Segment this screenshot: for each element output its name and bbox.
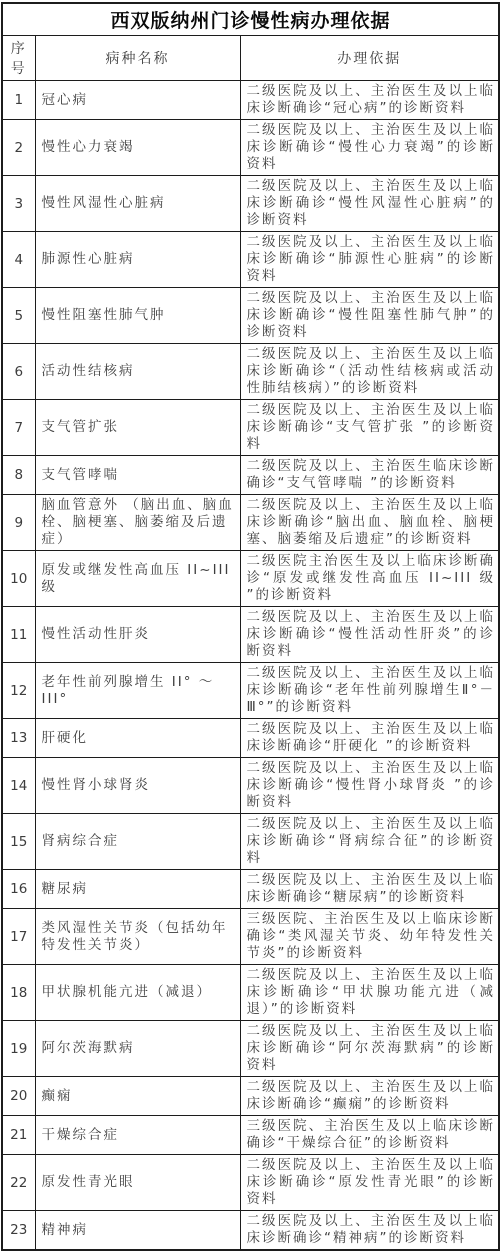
table-row: 10原发或继发性高血压 II~III 级二级医院主治医生及以上临床诊断确诊“原发… xyxy=(2,551,499,607)
title-row: 西双版纳州门诊慢性病办理依据 xyxy=(2,3,499,36)
table-row: 5慢性阻塞性肺气肿二级医院及以上、主治医生及以上临床诊断确诊“慢性阻塞性肺气肿”… xyxy=(2,288,499,344)
disease-name-cell: 慢性风湿性心脏病 xyxy=(35,176,240,232)
basis-cell: 二级医院及以上、主治医生临床诊断确诊“支气管哮喘 ”的诊断资料 xyxy=(240,456,499,495)
basis-cell: 二级医院及以上、主治医生及以上临床诊断确诊“肾病综合征”的诊断资料 xyxy=(240,814,499,870)
table-row: 11慢性活动性肝炎二级医院及以上、主治医生及以上临床诊断确诊“慢性活动性肝炎”的… xyxy=(2,607,499,663)
table-row: 6活动性结核病二级医院及以上、主治医生及以上临床诊断确诊“（活动性结核病或活动性… xyxy=(2,344,499,400)
basis-cell: 二级医院及以上、主治医生及以上临床诊断确诊“老年性前列腺增生Ⅱ°－Ⅲ°”的诊断资… xyxy=(240,663,499,719)
disease-name-cell: 干燥综合症 xyxy=(35,1116,240,1155)
table-row: 16糖尿病二级医院及以上、主治医生及以上临床诊断确诊“糖尿病”的诊断资料 xyxy=(2,870,499,909)
row-number-cell: 18 xyxy=(2,965,35,1021)
table-row: 8支气管哮喘二级医院及以上、主治医生临床诊断确诊“支气管哮喘 ”的诊断资料 xyxy=(2,456,499,495)
table-row: 18甲状腺机能亢进（减退）二级医院及以上、主治医生及以上临床诊断确诊“甲状腺功能… xyxy=(2,965,499,1021)
disease-name-cell: 支气管哮喘 xyxy=(35,456,240,495)
basis-cell: 二级医院及以上、主治医生及以上临床诊断确诊“精神病”的诊断资料 xyxy=(240,1211,499,1251)
basis-cell: 二级医院及以上、主治医生及以上临床诊断确诊“冠心病”的诊断资料 xyxy=(240,81,499,120)
row-number-cell: 1 xyxy=(2,81,35,120)
disease-name-cell: 慢性肾小球肾炎 xyxy=(35,758,240,814)
disease-name-cell: 老年性前列腺增生 II° ～ III° xyxy=(35,663,240,719)
table-row: 21干燥综合症三级医院、主治医生及以上临床诊断确诊“干燥综合征”的诊断资料 xyxy=(2,1116,499,1155)
row-number-cell: 11 xyxy=(2,607,35,663)
table-row: 7支气管扩张二级医院及以上、主治医生及以上临床诊断确诊“支气管扩张 ”的诊断资料 xyxy=(2,400,499,456)
table-row: 3慢性风湿性心脏病二级医院及以上、主治医生及以上临床诊断确诊“慢性风湿性心脏病”… xyxy=(2,176,499,232)
table-row: 1冠心病二级医院及以上、主治医生及以上临床诊断确诊“冠心病”的诊断资料 xyxy=(2,81,499,120)
row-number-cell: 10 xyxy=(2,551,35,607)
row-number-cell: 8 xyxy=(2,456,35,495)
disease-name-cell: 活动性结核病 xyxy=(35,344,240,400)
disease-name-cell: 精神病 xyxy=(35,1211,240,1251)
row-number-cell: 23 xyxy=(2,1211,35,1251)
disease-name-cell: 肾病综合症 xyxy=(35,814,240,870)
row-number-cell: 5 xyxy=(2,288,35,344)
disease-name-cell: 冠心病 xyxy=(35,81,240,120)
disease-name-cell: 慢性阻塞性肺气肿 xyxy=(35,288,240,344)
row-number-cell: 7 xyxy=(2,400,35,456)
basis-cell: 二级医院及以上、主治医生及以上临床诊断确诊“慢性活动性肝炎”的诊断资料 xyxy=(240,607,499,663)
disease-name-cell: 慢性心力衰竭 xyxy=(35,120,240,176)
row-number-cell: 21 xyxy=(2,1116,35,1155)
disease-name-cell: 肺源性心脏病 xyxy=(35,232,240,288)
table-title: 西双版纳州门诊慢性病办理依据 xyxy=(2,3,499,36)
basis-cell: 三级医院、主治医生及以上临床诊断确诊“干燥综合征”的诊断资料 xyxy=(240,1116,499,1155)
disease-name-cell: 慢性活动性肝炎 xyxy=(35,607,240,663)
basis-cell: 二级医院及以上、主治医生及以上临床诊断确诊“慢性肾小球肾炎 ”的诊断资料 xyxy=(240,758,499,814)
basis-cell: 二级医院及以上、主治医生及以上临床诊断确诊“支气管扩张 ”的诊断资料 xyxy=(240,400,499,456)
table-row: 17类风湿性关节炎（包括幼年特发性关节炎）三级医院、主治医生及以上临床诊断确诊“… xyxy=(2,909,499,965)
basis-cell: 二级医院及以上、主治医生及以上临床诊断确诊“慢性心力衰竭”的诊断资料 xyxy=(240,120,499,176)
row-number-cell: 12 xyxy=(2,663,35,719)
basis-cell: 三级医院、主治医生及以上临床诊断确诊“类风湿关节炎、幼年特发性关节炎”的诊断资料 xyxy=(240,909,499,965)
basis-cell: 二级医院及以上、主治医生及以上临床诊断确诊“癫痫”的诊断资料 xyxy=(240,1077,499,1116)
chronic-disease-table: 西双版纳州门诊慢性病办理依据 序号 病种名称 办理依据 1冠心病二级医院及以上、… xyxy=(1,2,500,1251)
row-number-cell: 6 xyxy=(2,344,35,400)
disease-name-cell: 原发性青光眼 xyxy=(35,1155,240,1211)
table-row: 12老年性前列腺增生 II° ～ III°二级医院及以上、主治医生及以上临床诊断… xyxy=(2,663,499,719)
row-number-cell: 9 xyxy=(2,495,35,551)
row-number-cell: 2 xyxy=(2,120,35,176)
disease-name-cell: 类风湿性关节炎（包括幼年特发性关节炎） xyxy=(35,909,240,965)
table-row: 2慢性心力衰竭二级医院及以上、主治医生及以上临床诊断确诊“慢性心力衰竭”的诊断资… xyxy=(2,120,499,176)
table-row: 14慢性肾小球肾炎二级医院及以上、主治医生及以上临床诊断确诊“慢性肾小球肾炎 ”… xyxy=(2,758,499,814)
row-number-cell: 17 xyxy=(2,909,35,965)
table-row: 15肾病综合症二级医院及以上、主治医生及以上临床诊断确诊“肾病综合征”的诊断资料 xyxy=(2,814,499,870)
row-number-cell: 15 xyxy=(2,814,35,870)
disease-name-cell: 脑血管意外 （脑出血、脑血栓、脑梗塞、脑萎缩及后遗症） xyxy=(35,495,240,551)
disease-name-cell: 支气管扩张 xyxy=(35,400,240,456)
basis-cell: 二级医院及以上、主治医生及以上临床诊断确诊“糖尿病”的诊断资料 xyxy=(240,870,499,909)
row-number-cell: 14 xyxy=(2,758,35,814)
basis-cell: 二级医院及以上、主治医生及以上临床诊断确诊“原发性青光眼”的诊断资料 xyxy=(240,1155,499,1211)
basis-cell: 二级医院主治医生及以上临床诊断确诊“原发或继发性高血压 II~III 级 ”的诊… xyxy=(240,551,499,607)
basis-cell: 二级医院及以上、主治医生及以上临床诊断确诊“肝硬化 ”的诊断资料 xyxy=(240,719,499,758)
basis-cell: 二级医院及以上、主治医生及以上临床诊断确诊“脑出血、脑血栓、脑梗塞、脑萎缩及后遗… xyxy=(240,495,499,551)
row-number-cell: 16 xyxy=(2,870,35,909)
basis-cell: 二级医院及以上、主治医生及以上临床诊断确诊“慢性阻塞性肺气肿”的诊断资料 xyxy=(240,288,499,344)
column-header-disease-name: 病种名称 xyxy=(35,36,240,81)
disease-name-cell: 原发或继发性高血压 II~III 级 xyxy=(35,551,240,607)
table-row: 22原发性青光眼二级医院及以上、主治医生及以上临床诊断确诊“原发性青光眼”的诊断… xyxy=(2,1155,499,1211)
row-number-cell: 20 xyxy=(2,1077,35,1116)
table-row: 13肝硬化二级医院及以上、主治医生及以上临床诊断确诊“肝硬化 ”的诊断资料 xyxy=(2,719,499,758)
basis-cell: 二级医院及以上、主治医生及以上临床诊断确诊“甲状腺功能亢进（减退）”的诊断资料 xyxy=(240,965,499,1021)
table-row: 19阿尔茨海默病二级医院及以上、主治医生及以上临床诊断确诊“阿尔茨海默病”的诊断… xyxy=(2,1021,499,1077)
row-number-cell: 4 xyxy=(2,232,35,288)
table-row: 4肺源性心脏病二级医院及以上、主治医生及以上临床诊断确诊“肺源性心脏病”的诊断资… xyxy=(2,232,499,288)
document-page: 西双版纳州门诊慢性病办理依据 序号 病种名称 办理依据 1冠心病二级医院及以上、… xyxy=(0,0,500,1253)
header-row: 序号 病种名称 办理依据 xyxy=(2,36,499,81)
table-row: 23精神病二级医院及以上、主治医生及以上临床诊断确诊“精神病”的诊断资料 xyxy=(2,1211,499,1251)
table-row: 9脑血管意外 （脑出血、脑血栓、脑梗塞、脑萎缩及后遗症）二级医院及以上、主治医生… xyxy=(2,495,499,551)
disease-name-cell: 甲状腺机能亢进（减退） xyxy=(35,965,240,1021)
disease-name-cell: 癫痫 xyxy=(35,1077,240,1116)
row-number-cell: 22 xyxy=(2,1155,35,1211)
row-number-cell: 19 xyxy=(2,1021,35,1077)
disease-name-cell: 糖尿病 xyxy=(35,870,240,909)
column-header-no: 序号 xyxy=(2,36,35,81)
table-body: 1冠心病二级医院及以上、主治医生及以上临床诊断确诊“冠心病”的诊断资料2慢性心力… xyxy=(2,81,499,1251)
column-header-basis: 办理依据 xyxy=(240,36,499,81)
row-number-cell: 13 xyxy=(2,719,35,758)
table-row: 20癫痫二级医院及以上、主治医生及以上临床诊断确诊“癫痫”的诊断资料 xyxy=(2,1077,499,1116)
disease-name-cell: 阿尔茨海默病 xyxy=(35,1021,240,1077)
basis-cell: 二级医院及以上、主治医生及以上临床诊断确诊“阿尔茨海默病”的诊断资料 xyxy=(240,1021,499,1077)
row-number-cell: 3 xyxy=(2,176,35,232)
basis-cell: 二级医院及以上、主治医生及以上临床诊断确诊“（活动性结核病或活动性肺结核病）”的… xyxy=(240,344,499,400)
disease-name-cell: 肝硬化 xyxy=(35,719,240,758)
basis-cell: 二级医院及以上、主治医生及以上临床诊断确诊“肺源性心脏病”的诊断资料 xyxy=(240,232,499,288)
basis-cell: 二级医院及以上、主治医生及以上临床诊断确诊“慢性风湿性心脏病”的诊断资料 xyxy=(240,176,499,232)
